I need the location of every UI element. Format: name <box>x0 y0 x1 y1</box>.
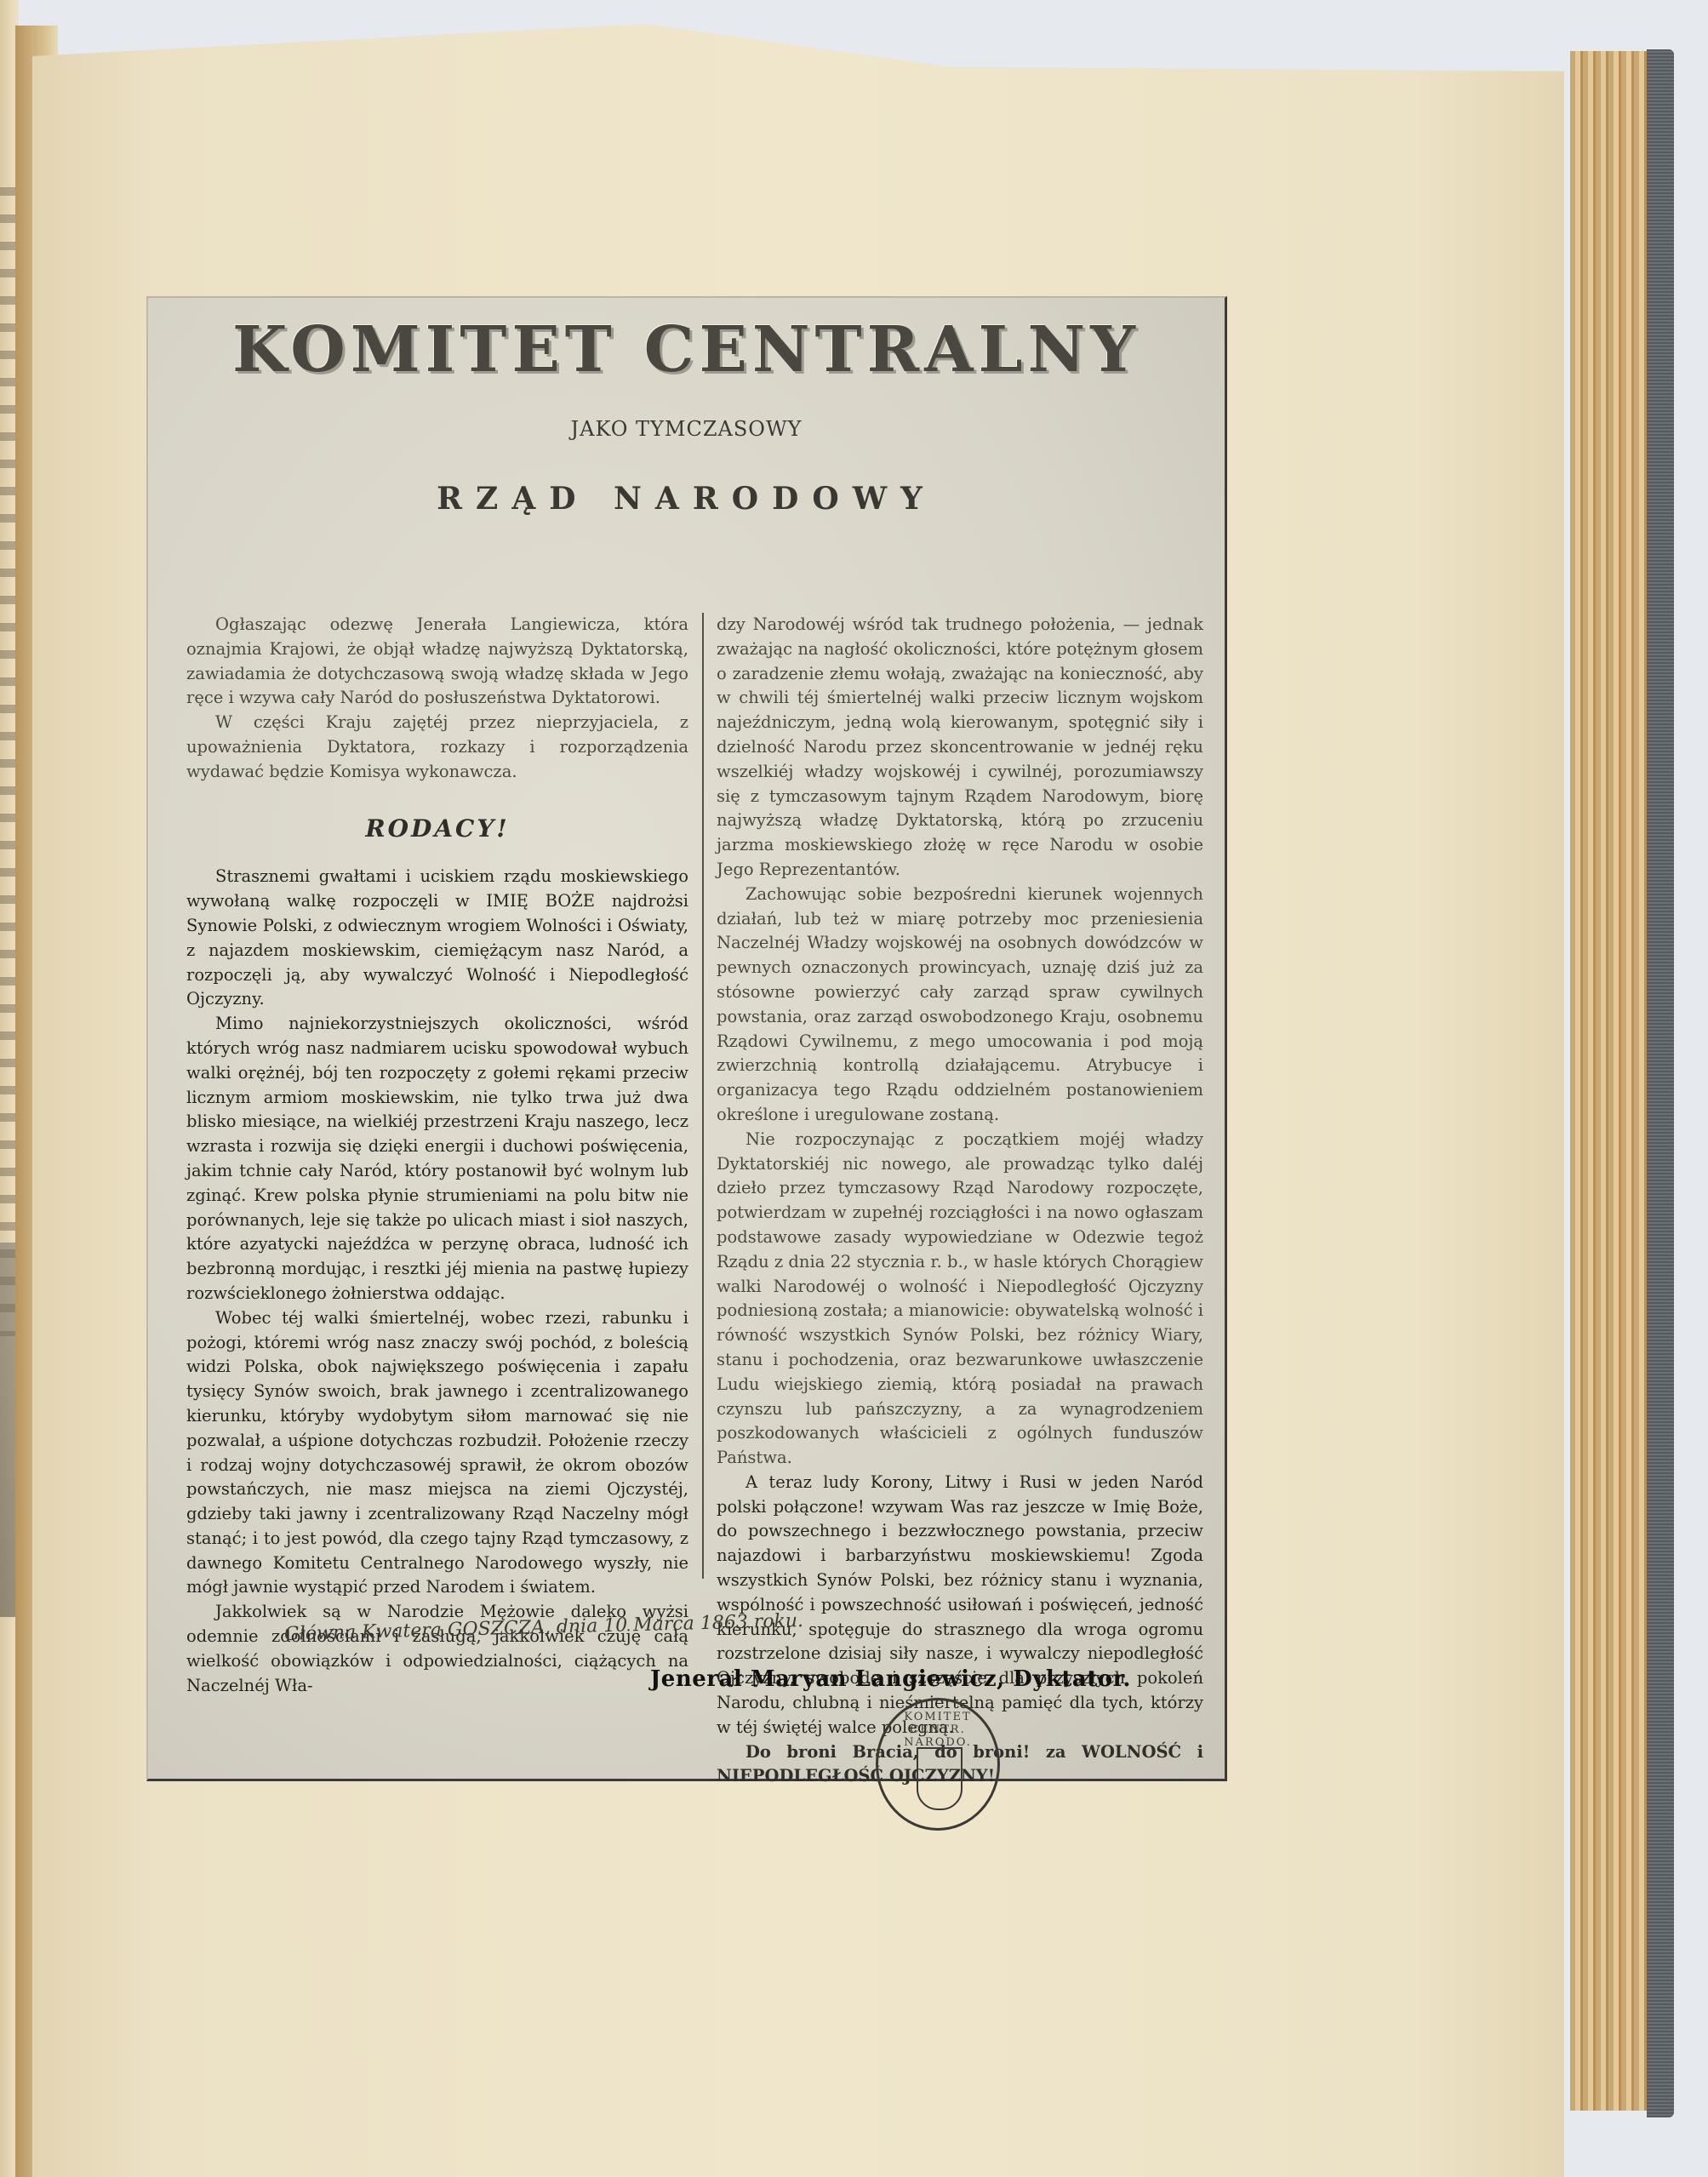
salutation: RODACY! <box>186 817 688 842</box>
body-paragraph: Zachowując sobie bezpośredni kierunek wo… <box>717 883 1203 1128</box>
coat-of-arms-icon <box>917 1747 963 1810</box>
body-paragraph: Mimo najniekorzystniejszych okoliczności… <box>186 1012 688 1306</box>
intro-paragraph: Ogłaszając odezwę Jenerała Langiewicza, … <box>186 613 688 711</box>
seal-stamp-icon: KOMITET CENTR. NARODO. <box>876 1698 1000 1831</box>
body-paragraph: Wobec téj walki śmiertelnéj, wobec rzezi… <box>186 1306 688 1601</box>
intro-paragraph: W części Kraju zajętéj przez nieprzyjaci… <box>186 711 688 784</box>
proclamation-plate: KOMITET CENTRALNY JAKO TYMCZASOWY RZĄD N… <box>146 296 1227 1781</box>
document-subtitle: JAKO TYMCZASOWY <box>148 417 1225 441</box>
body-paragraph: A teraz ludy Korony, Litwy i Rusi w jede… <box>717 1471 1203 1740</box>
book-cloth-cover <box>1647 49 1674 2117</box>
document-title: KOMITET CENTRALNY <box>148 313 1225 386</box>
seal-text: KOMITET CENTR. NARODO. <box>878 1711 997 1749</box>
document-heading: RZĄD NARODOWY <box>148 481 1225 517</box>
left-column: Ogłaszając odezwę Jenerała Langiewicza, … <box>186 613 688 1698</box>
body-paragraph: Nie rozpoczynając z początkiem mojéj wła… <box>717 1128 1203 1471</box>
column-divider <box>702 613 704 1579</box>
body-paragraph: dzy Narodowéj wśród tak trudnego położen… <box>717 613 1203 883</box>
signature: Jenerał Maryan Langiewicz, Dyktator. <box>650 1666 1131 1692</box>
left-page-text-fragment <box>0 187 17 1336</box>
body-paragraph: Strasznemi gwałtami i uciskiem rządu mos… <box>186 865 688 1012</box>
left-page-photo-fragment <box>0 1243 17 1617</box>
